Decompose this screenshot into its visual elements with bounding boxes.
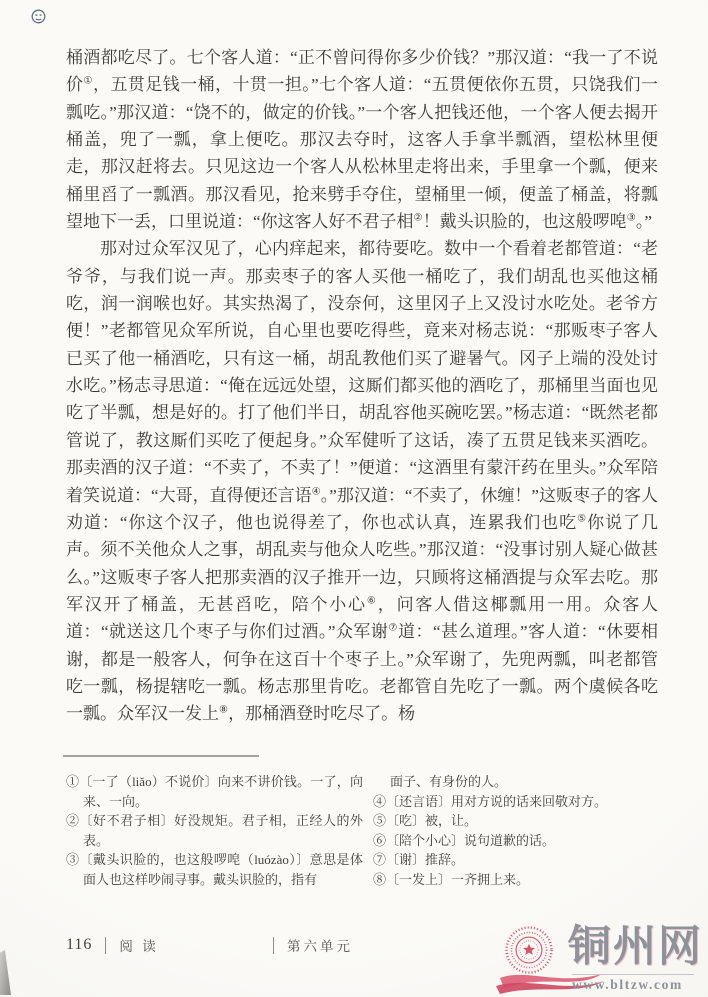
- footer-left-group: 116 阅 读: [66, 934, 159, 956]
- footnote-5: ⑤〔吃〕被，让。: [373, 811, 663, 831]
- footnote-6: ⑥〔陪个小心〕说句道歉的话。: [373, 831, 663, 851]
- scanned-textbook-page: { "page": { "paragraphs": [ { "text": "桶…: [0, 0, 708, 997]
- footer-divider-bar: [105, 937, 106, 954]
- footnote-3: ③〔戴头识脸的，也这般啰唣（luózào）〕意思是体面人也这样吵闹寻事。戴头识脸…: [66, 850, 363, 889]
- footnotes-right-column: 面子、有身份的人。 ④〔还言语〕用对方说的话来回敬对方。 ⑤〔吃〕被，让。 ⑥〔…: [373, 772, 663, 890]
- watermark-site-url: www.bltzw.com: [572, 977, 683, 993]
- unit-label: 第六单元: [287, 935, 353, 955]
- footnote-4: ④〔还言语〕用对方说的话来回敬对方。: [373, 792, 663, 812]
- footnote-8: ⑧〔一发上〕一齐拥上来。: [373, 870, 663, 890]
- paragraph-1: 桶酒都吃尽了。七个客人道：“正不曾问得你多少价钱？”那汉道：“我一了不说价①，五…: [66, 44, 658, 235]
- neutral-face-icon: [31, 9, 46, 24]
- watermark-rule: [572, 974, 694, 975]
- footnote-7: ⑦〔谢〕推辞。: [373, 850, 663, 870]
- passage-body: 桶酒都吃尽了。七个客人道：“正不曾问得你多少价钱？”那汉道：“我一了不说价①，五…: [66, 44, 658, 728]
- footnote-3-continuation: 面子、有身份的人。: [373, 772, 663, 792]
- page-number: 116: [66, 936, 92, 954]
- footnotes: ①〔一了（liǎo）不说价〕向来不讲价钱。一了，向来、一向。 ②〔好不君子相〕好…: [66, 772, 663, 890]
- footnotes-left-column: ①〔一了（liǎo）不说价〕向来不讲价钱。一了，向来、一向。 ②〔好不君子相〕好…: [66, 772, 363, 890]
- site-watermark: 铜州网 www.bltzw.com: [496, 918, 708, 994]
- footnote-1: ①〔一了（liǎo）不说价〕向来不讲价钱。一了，向来、一向。: [66, 772, 363, 811]
- footer-divider-bar-2: [273, 937, 274, 954]
- footnote-divider: [63, 755, 259, 757]
- rosette-stamp-icon: [504, 925, 554, 975]
- watermark-site-name: 铜州网: [568, 926, 703, 969]
- footer-right-group: 第六单元: [260, 934, 353, 956]
- paragraph-2: 那对过众军汉见了，心内痒起来，都待要吃。数中一个看着老都管道：“老爷爷，与我们说…: [66, 235, 658, 727]
- page-footer: 116 阅 读 第六单元: [0, 934, 460, 956]
- footnote-2: ②〔好不君子相〕好没规矩。君子相，正经人的外表。: [66, 811, 363, 850]
- section-label: 阅 读: [119, 935, 158, 955]
- scan-corner-shadow: [0, 950, 11, 995]
